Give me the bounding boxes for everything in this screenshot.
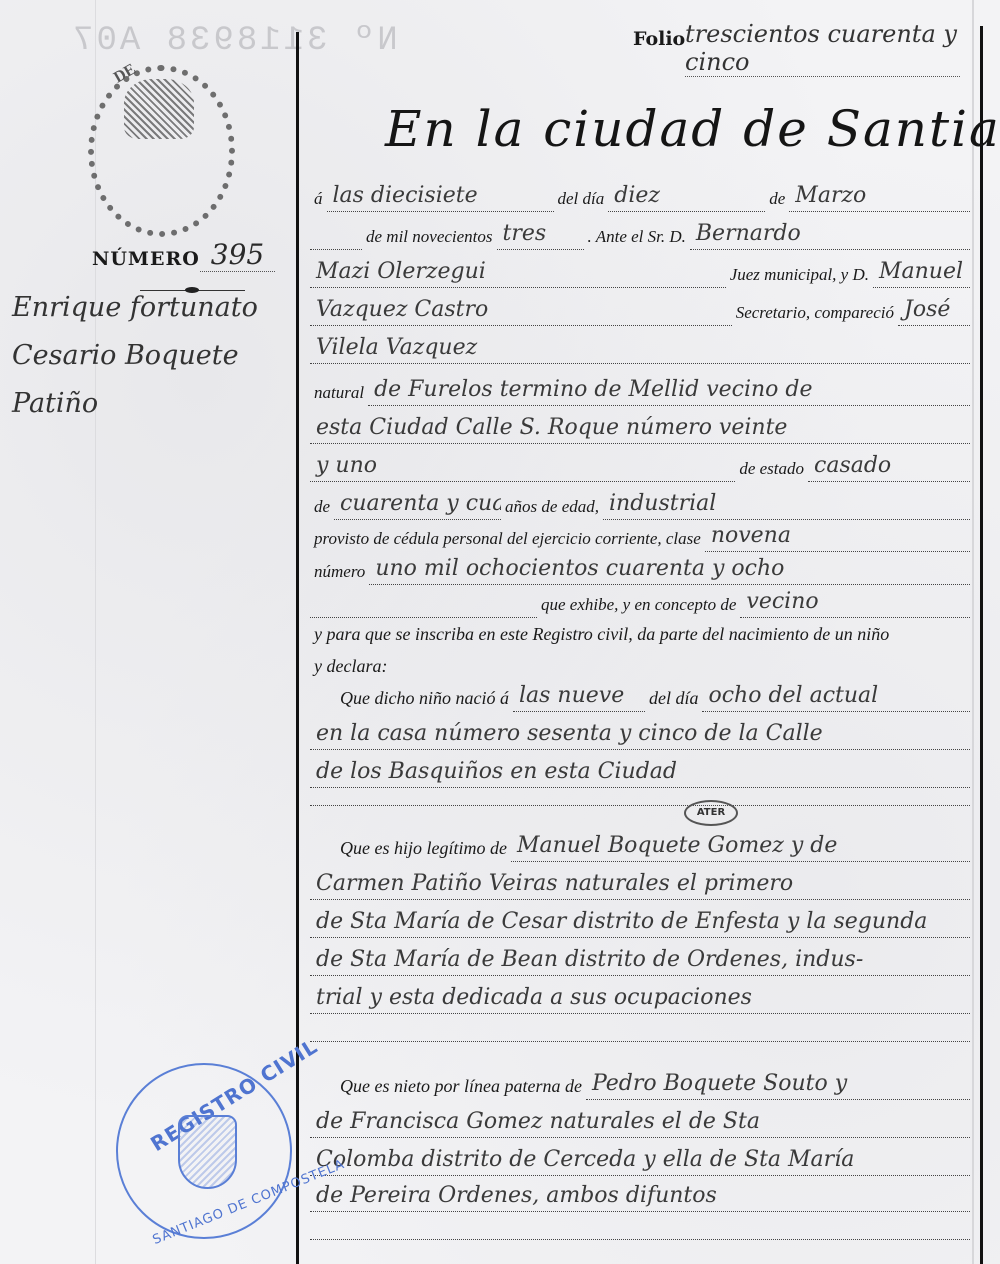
folio-value: trescientos cuarenta y cinco: [685, 20, 960, 77]
field-compareciente-nombre: José: [898, 296, 970, 326]
numero-value: 395: [200, 238, 275, 272]
form-line-21: de Sta María de Cesar distrito de Enfest…: [310, 898, 970, 938]
field-domicilio-cont: y uno: [310, 452, 735, 482]
field-origen-madre: de Sta María de Bean distrito de Ordenes…: [310, 946, 970, 976]
field-hora: las diecisiete: [327, 182, 554, 212]
form-line-25: Que es nieto por línea paterna de Pedro …: [310, 1060, 970, 1100]
form-line-1: á las diecisiete del día diez de Marzo: [310, 172, 970, 212]
label-del-dia: del día: [554, 189, 609, 212]
blank-line: [310, 804, 970, 806]
field-secretario-nombre: Manuel: [873, 258, 970, 288]
label-estado: de estado: [735, 459, 808, 482]
field-mes: Marzo: [789, 182, 970, 212]
form-line-2: de mil novecientos tres . Ante el Sr. D.…: [310, 210, 970, 250]
label-nacio: Que dicho niño nació á: [310, 688, 513, 712]
field-lugar: en la casa número sesenta y cinco de la …: [310, 720, 970, 750]
field-madre: Carmen Patiño Veiras naturales el primer…: [310, 870, 970, 900]
label-nieto-paterna: Que es nieto por línea paterna de: [310, 1076, 586, 1100]
label-ante: . Ante el Sr. D.: [584, 227, 690, 250]
numero-label: NÚMERO: [92, 248, 200, 270]
form-line-30: [310, 1228, 970, 1264]
form-line-19: Que es hijo legítimo de Manuel Boquete G…: [310, 822, 970, 862]
field-origen-padres: de Sta María de Cesar distrito de Enfest…: [310, 908, 970, 938]
field-juez-apellido: Mazi Olerzegui: [310, 258, 726, 288]
fold-line-right: [972, 0, 974, 1264]
label-a: á: [310, 189, 327, 212]
field-secretario-apellido: Vazquez Castro: [310, 296, 732, 326]
form-line-26: de Francisca Gomez naturales el de Sta: [310, 1098, 970, 1138]
ornamental-rule: [140, 290, 245, 291]
margin-name-line-3: Patiño: [12, 388, 98, 419]
form-line-5: Vilela Vazquez: [310, 324, 970, 364]
form-line-24: [310, 1002, 970, 1042]
field-abuela-paterna: de Francisca Gomez naturales el de Sta: [310, 1108, 970, 1138]
field-juez-nombre: Bernardo: [690, 220, 970, 250]
folio-label: Folio: [633, 28, 685, 50]
label-natural: natural: [310, 383, 368, 406]
form-line-16: en la casa número sesenta y cinco de la …: [310, 710, 970, 750]
ink-stamp-seal: DE: [88, 65, 235, 237]
field-dia: diez: [608, 182, 765, 212]
field-anio: tres: [497, 220, 584, 250]
form-line-18: [310, 766, 970, 806]
label-juez-municipal: Juez municipal, y D.: [726, 265, 873, 288]
field-compareciente-apellido: Vilela Vazquez: [310, 334, 970, 364]
field-abuelo-paterno: Pedro Boquete Souto y: [586, 1070, 970, 1100]
field-padre: Manuel Boquete Gomez y de: [511, 832, 970, 862]
label-de: de: [765, 189, 789, 212]
form-line-27: Colomba distrito de Cerceda y ella de St…: [310, 1136, 970, 1176]
blank-line: [310, 1040, 970, 1042]
label-del-dia: del día: [645, 688, 703, 712]
form-line-6: natural de Furelos termino de Mellid vec…: [310, 366, 970, 406]
form-line-20: Carmen Patiño Veiras naturales el primer…: [310, 860, 970, 900]
serial-number: Nº 3118938 A07: [70, 22, 398, 60]
label-hijo-legitimo: Que es hijo legítimo de: [310, 838, 511, 862]
label-secretario: Secretario, compareció: [732, 303, 898, 326]
margin-name-line-2: Cesario Boquete: [12, 340, 239, 371]
registro-civil-stamp: REGISTRO CIVIL SANTIAGO DE COMPOSTELA: [116, 1063, 292, 1239]
right-border-rule: [980, 26, 983, 1264]
field-estado: casado: [808, 452, 970, 482]
field-hora-nacimiento: las nueve: [513, 682, 645, 712]
document-title: En la ciudad de Santiago: [385, 100, 975, 158]
margin-name-line-1: Enrique fortunato: [12, 292, 258, 323]
form-line-3: Mazi Olerzegui Juez municipal, y D. Manu…: [310, 248, 970, 288]
form-line-15: Que dicho niño nació á las nueve del día…: [310, 672, 970, 712]
form-line-4: Vazquez Castro Secretario, compareció Jo…: [310, 286, 970, 326]
left-border-rule: [296, 32, 299, 1264]
form-line-7: esta Ciudad Calle S. Roque número veinte: [310, 404, 970, 444]
field-natural: de Furelos termino de Mellid vecino de: [368, 376, 970, 406]
form-line-8: y uno de estado casado: [310, 442, 970, 482]
crown-icon: [124, 79, 194, 139]
field-dia-nacimiento: ocho del actual: [702, 682, 970, 712]
coat-of-arms-icon: [178, 1115, 237, 1189]
form-line-22: de Sta María de Bean distrito de Ordenes…: [310, 936, 970, 976]
label-mil-novecientos: de mil novecientos: [362, 227, 497, 250]
field-domicilio: esta Ciudad Calle S. Roque número veinte: [310, 414, 970, 444]
